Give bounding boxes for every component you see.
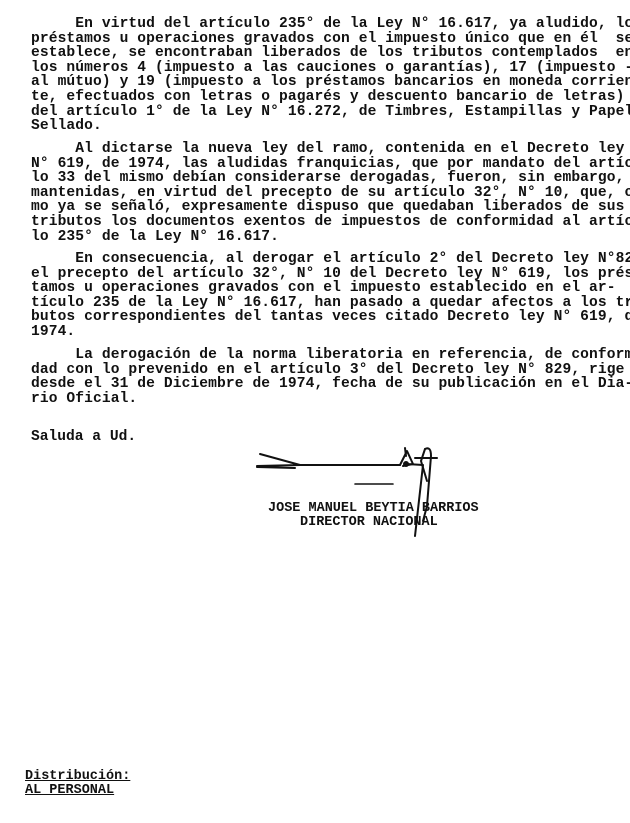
text-line: 1974. — [31, 325, 621, 340]
text-line: La derogación de la norma liberatoria en… — [31, 348, 621, 363]
document-page: En virtud del artículo 235° de la Ley N°… — [0, 0, 630, 823]
text-line: tamos u operaciones gravados con el impu… — [31, 281, 621, 296]
distribution-value: AL PERSONAL — [25, 784, 114, 798]
paragraph-1: En virtud del artículo 235° de la Ley N°… — [31, 17, 621, 134]
text-line: rio Oficial. — [31, 392, 621, 407]
text-line: te, efectuados con letras o pagarés y de… — [31, 90, 621, 105]
text-line: Sellado. — [31, 119, 621, 134]
text-line: tributos los documentos exentos de impue… — [31, 215, 621, 230]
signatory-name: JOSE MANUEL BEYTIA BARRIOS — [268, 502, 479, 516]
signatory-title: DIRECTOR NACIONAL — [300, 516, 438, 530]
text-line: lo 235° de la Ley N° 16.617. — [31, 230, 621, 245]
text-line: En consecuencia, al derogar el artículo … — [31, 252, 621, 267]
text-line: mo ya se señaló, expresamente dispuso qu… — [31, 200, 621, 215]
text-line: En virtud del artículo 235° de la Ley N°… — [31, 17, 621, 32]
closing-salutation: Saluda a Ud. — [31, 430, 136, 445]
text-line: los números 4 (impuesto a las cauciones … — [31, 61, 621, 76]
text-line: tículo 235 de la Ley N° 16.617, han pasa… — [31, 296, 621, 311]
text-line: mantenidas, en virtud del precepto de su… — [31, 186, 621, 201]
text-line: Al dictarse la nueva ley del ramo, conte… — [31, 142, 621, 157]
text-line: desde el 31 de Diciembre de 1974, fecha … — [31, 377, 621, 392]
text-line: al mútuo) y 19 (impuesto a los préstamos… — [31, 75, 621, 90]
text-line: lo 33 del mismo debían considerarse dero… — [31, 171, 621, 186]
paragraph-3: En consecuencia, al derogar el artículo … — [31, 252, 621, 340]
text-line: préstamos u operaciones gravados con el … — [31, 32, 621, 47]
paragraph-2: Al dictarse la nueva ley del ramo, conte… — [31, 142, 621, 244]
text-line: N° 619, de 1974, las aludidas franquicia… — [31, 157, 621, 172]
distribution-label: Distribución: — [25, 770, 130, 784]
paragraph-4: La derogación de la norma liberatoria en… — [31, 348, 621, 406]
text-line: el precepto del artículo 32°, N° 10 del … — [31, 267, 621, 282]
text-line: del artículo 1° de la Ley N° 16.272, de … — [31, 105, 621, 120]
text-line: dad con lo prevenido en el artículo 3° d… — [31, 363, 621, 378]
text-line: butos correspondientes del tantas veces … — [31, 310, 621, 325]
text-line: establece, se encontraban liberados de l… — [31, 46, 621, 61]
